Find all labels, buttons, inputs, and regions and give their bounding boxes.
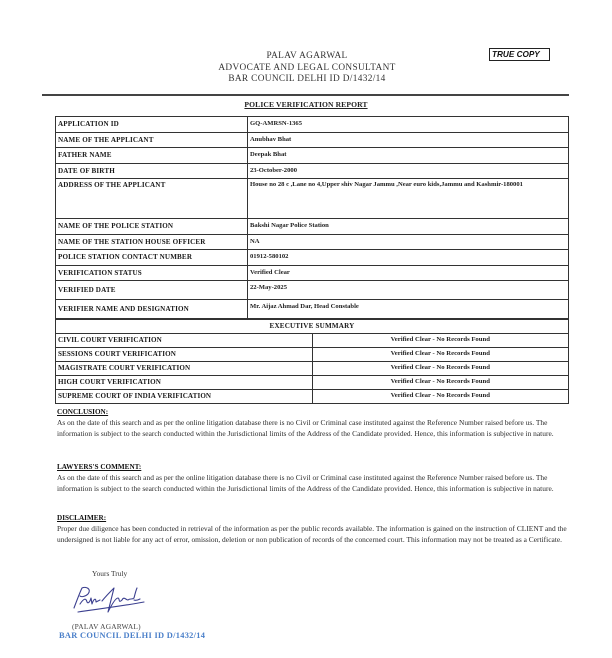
court-result: Verified Clear - No Records Found <box>312 390 569 404</box>
row-value: Mr. Aijaz Ahmad Dar, Head Constable <box>248 300 569 319</box>
row-value: GQ-AMRSN-1365 <box>248 117 569 133</box>
court-result: Verified Clear - No Records Found <box>312 362 569 376</box>
row-label: APPLICATION ID <box>56 117 248 133</box>
row-value: NA <box>248 234 569 250</box>
row-label: VERIFIED DATE <box>56 281 248 300</box>
table-row: ADDRESS OF THE APPLICANT House no 28 c ,… <box>56 179 569 219</box>
signatory-bar-id: BAR COUNCIL DELHI ID D/1432/14 <box>59 631 205 640</box>
table-row: VERIFIED DATE 22-May-2025 <box>56 281 569 300</box>
row-value: 01912-580102 <box>248 250 569 266</box>
table-row: NAME OF THE POLICE STATION Bakshi Nagar … <box>56 219 569 235</box>
summary-header: EXECUTIVE SUMMARY <box>56 320 569 334</box>
lawyers-comment-heading: LAWYERS'S COMMENT: <box>57 462 567 472</box>
row-value: 22-May-2025 <box>248 281 569 300</box>
table-row: DATE OF BIRTH 23-October-2000 <box>56 163 569 179</box>
conclusion-text: As on the date of this search and as per… <box>57 417 567 439</box>
table-row: SESSIONS COURT VERIFICATION Verified Cle… <box>56 348 569 362</box>
table-row: VERIFICATION STATUS Verified Clear <box>56 265 569 281</box>
disclaimer-section: DISCLAIMER: Proper due diligence has bee… <box>57 513 567 545</box>
lawyers-comment-text: As on the date of this search and as per… <box>57 472 567 494</box>
row-value: House no 28 c ,Lane no 4,Upper shiv Naga… <box>248 179 569 219</box>
court-label: SUPREME COURT OF INDIA VERIFICATION <box>56 390 313 404</box>
summary-header-row: EXECUTIVE SUMMARY <box>56 320 569 334</box>
true-copy-stamp: TRUE COPY <box>489 48 550 61</box>
closing-text: Yours Truly <box>92 569 127 578</box>
row-label: NAME OF THE APPLICANT <box>56 132 248 148</box>
row-label: POLICE STATION CONTACT NUMBER <box>56 250 248 266</box>
row-label: NAME OF THE STATION HOUSE OFFICER <box>56 234 248 250</box>
disclaimer-text: Proper due diligence has been conducted … <box>57 523 567 545</box>
table-row: FATHER NAME Deepak Bhat <box>56 148 569 164</box>
court-label: SESSIONS COURT VERIFICATION <box>56 348 313 362</box>
row-value: Bakshi Nagar Police Station <box>248 219 569 235</box>
report-title: POLICE VERIFICATION REPORT <box>0 100 612 109</box>
header-divider <box>42 94 569 96</box>
row-label: ADDRESS OF THE APPLICANT <box>56 179 248 219</box>
table-row: APPLICATION ID GQ-AMRSN-1365 <box>56 117 569 133</box>
court-label: HIGH COURT VERIFICATION <box>56 376 313 390</box>
row-label: NAME OF THE POLICE STATION <box>56 219 248 235</box>
row-label: VERIFIER NAME AND DESIGNATION <box>56 300 248 319</box>
table-row: CIVIL COURT VERIFICATION Verified Clear … <box>56 334 569 348</box>
court-result: Verified Clear - No Records Found <box>312 334 569 348</box>
row-label: FATHER NAME <box>56 148 248 164</box>
advocate-title: ADVOCATE AND LEGAL CONSULTANT <box>1 63 612 75</box>
signature-icon <box>68 584 148 616</box>
conclusion-heading: CONCLUSION: <box>57 407 567 417</box>
advocate-bar-id: BAR COUNCIL DELHI ID D/1432/14 <box>1 74 612 86</box>
signatory-name: (PALAV AGARWAL) <box>72 622 141 631</box>
court-label: MAGISTRATE COURT VERIFICATION <box>56 362 313 376</box>
row-value: Verified Clear <box>248 265 569 281</box>
table-row: HIGH COURT VERIFICATION Verified Clear -… <box>56 376 569 390</box>
table-row: NAME OF THE APPLICANT Anubhav Bhat <box>56 132 569 148</box>
lawyers-comment-section: LAWYERS'S COMMENT: As on the date of thi… <box>57 462 567 494</box>
row-value: 23-October-2000 <box>248 163 569 179</box>
row-value: Deepak Bhat <box>248 148 569 164</box>
row-label: DATE OF BIRTH <box>56 163 248 179</box>
table-row: MAGISTRATE COURT VERIFICATION Verified C… <box>56 362 569 376</box>
table-row: VERIFIER NAME AND DESIGNATION Mr. Aijaz … <box>56 300 569 319</box>
court-label: CIVIL COURT VERIFICATION <box>56 334 313 348</box>
applicant-details-table: APPLICATION ID GQ-AMRSN-1365 NAME OF THE… <box>55 116 569 319</box>
table-row: NAME OF THE STATION HOUSE OFFICER NA <box>56 234 569 250</box>
row-label: VERIFICATION STATUS <box>56 265 248 281</box>
table-row: POLICE STATION CONTACT NUMBER 01912-5801… <box>56 250 569 266</box>
table-row: SUPREME COURT OF INDIA VERIFICATION Veri… <box>56 390 569 404</box>
row-value: Anubhav Bhat <box>248 132 569 148</box>
court-result: Verified Clear - No Records Found <box>312 376 569 390</box>
executive-summary-table: EXECUTIVE SUMMARY CIVIL COURT VERIFICATI… <box>55 319 569 404</box>
conclusion-section: CONCLUSION: As on the date of this searc… <box>57 407 567 439</box>
court-result: Verified Clear - No Records Found <box>312 348 569 362</box>
disclaimer-heading: DISCLAIMER: <box>57 513 567 523</box>
